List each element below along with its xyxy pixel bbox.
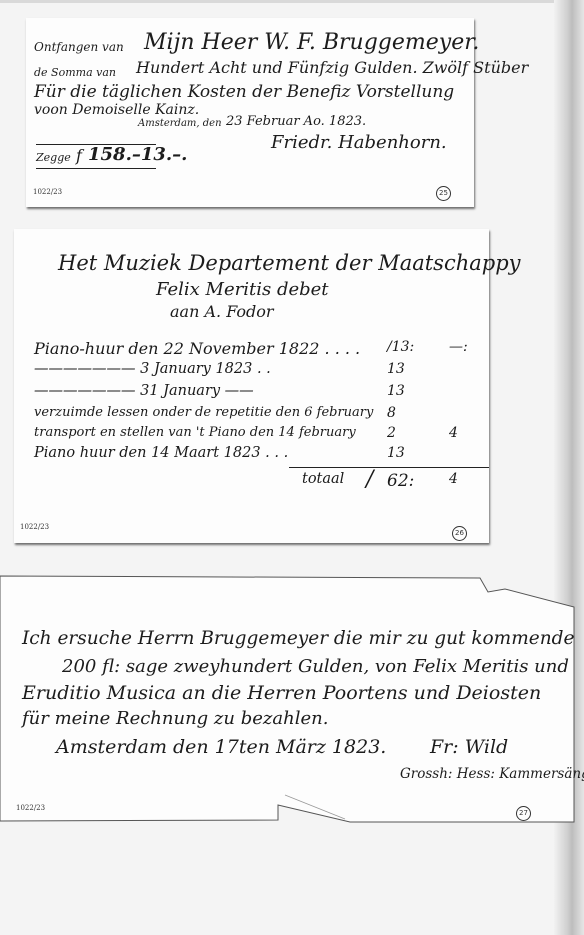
archive-reference: 1022/23 [16,804,45,812]
receipt-line-4: für meine Rechnung zu bezahlen. [22,708,328,729]
receipt-card-27: Ich ersuche Herrn Bruggemeyer die mir zu… [0,576,574,822]
receipt-line-3: Eruditio Musica an die Herren Poortens u… [22,682,541,704]
receipt-line-2: 200 fl: sage zweyhundert Gulden, von Fel… [62,656,569,677]
signature-title: Grossh: Hess: Kammersänger. [400,766,584,782]
signature-name: Fr: Wild [430,736,508,758]
page-number-badge: 27 [516,806,531,821]
receipt-line-1: Ich ersuche Herrn Bruggemeyer die mir zu… [22,628,574,649]
receipt-line-5: Amsterdam den 17ten März 1823. [56,736,386,758]
